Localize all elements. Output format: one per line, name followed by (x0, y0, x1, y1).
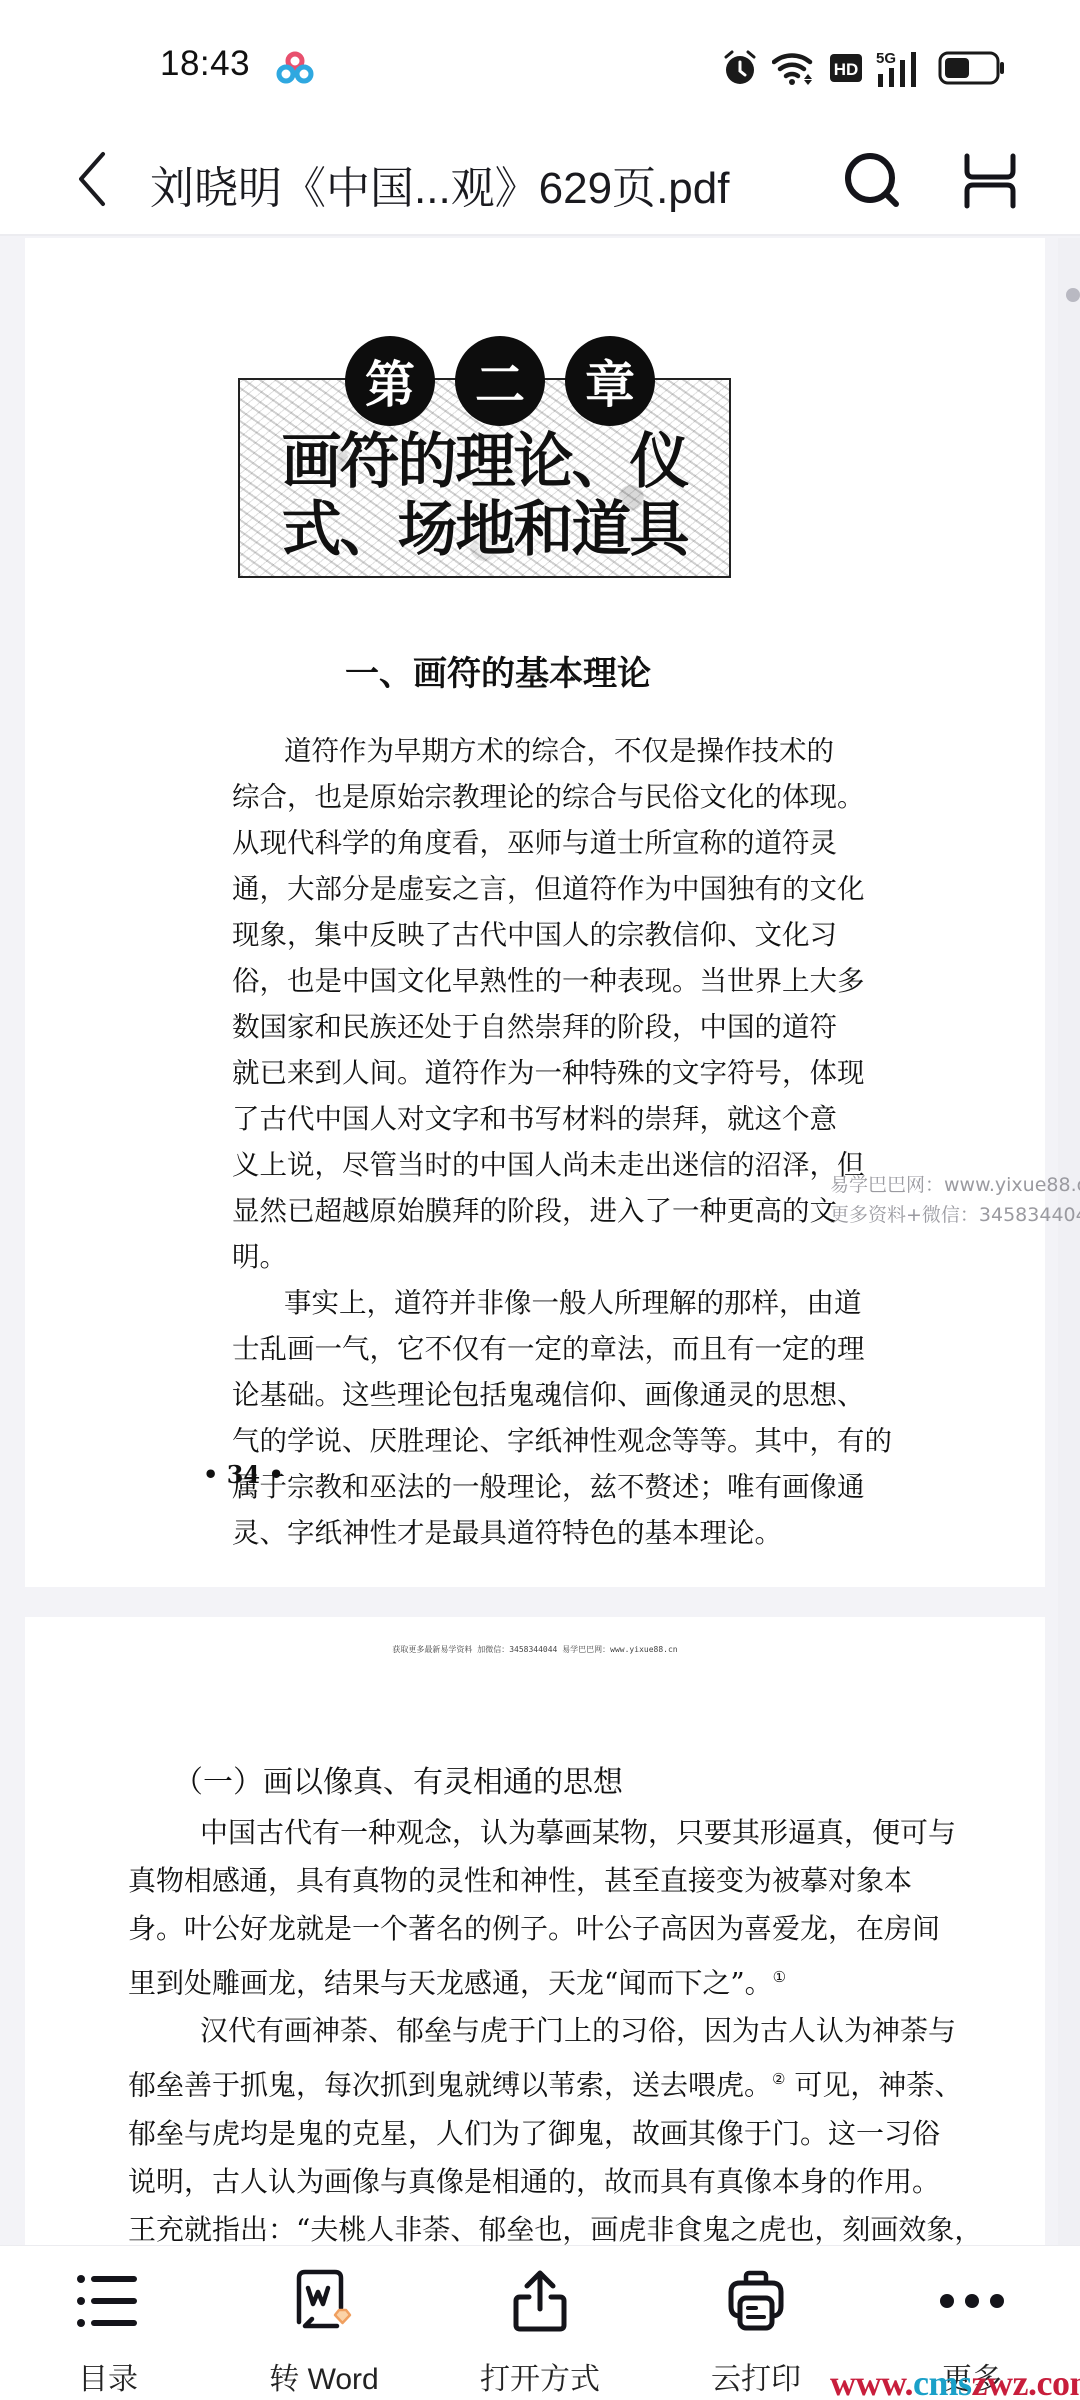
text-line: 就已来到人间。道符作为一种特殊的文字符号，体现 (232, 1050, 822, 1096)
toolbar-label: 目录 (78, 2354, 138, 2398)
svg-text:HD: HD (834, 60, 859, 79)
chapter-title-line: 式、场地和道具 (238, 496, 731, 564)
section-heading: 一、画符的基本理论 (345, 646, 651, 695)
document-title: 刘晓明《中国...观》629页.pdf (150, 152, 729, 216)
text-line: 中国古代有一种观念，认为摹画某物，只要其形逼真，便可与 (128, 1809, 908, 1857)
open-with-button[interactable]: 打开方式 (432, 2246, 648, 2400)
status-time: 18:43 (160, 44, 250, 84)
chapter-circle: 第 (345, 336, 435, 426)
status-icons: HD 5G (722, 48, 1006, 88)
text-line: 义上说，尽管当时的中国人尚未走出迷信的沼泽，但 (232, 1142, 822, 1188)
footnote-ref[interactable]: ② (772, 2070, 785, 2088)
text-span: 里到处雕画龙，结果与天龙感通，天龙“闻而下之”。 (128, 1966, 773, 1999)
battery-icon (938, 51, 1006, 85)
text-line: 郁垒善于抓鬼，每次抓到鬼就缚以苇索，送去喂虎。② 可见，神荼、 (128, 2055, 908, 2109)
body-text: 道符作为早期方术的综合，不仅是操作技术的 综合，也是原始宗教理论的综合与民俗文化… (232, 728, 822, 1556)
text-line: 事实上，道符并非像一般人所理解的那样，由道 (232, 1280, 822, 1326)
text-line: 说明，古人认为画像与真像是相通的，故而具有真像本身的作用。 (128, 2158, 908, 2206)
printer-icon (721, 2266, 791, 2336)
text-line: 现象，集中反映了古代中国人的宗教信仰、文化习 (232, 912, 822, 958)
page-number: • 34 • (203, 1460, 284, 1489)
body-text: 中国古代有一种观念，认为摹画某物，只要其形逼真，便可与 真物相感通，具有真物的灵… (128, 1809, 908, 2245)
watermark-part: www. (830, 2363, 913, 2400)
search-icon (843, 151, 903, 215)
text-line: 通，大部分是虚妄之言，但道符作为中国独有的文化 (232, 866, 822, 912)
share-open-icon (505, 2266, 575, 2336)
more-dots-icon (937, 2266, 1007, 2336)
status-bar: 18:43 HD 5G (0, 0, 1080, 130)
toolbar-label: 转 Word (269, 2354, 378, 2398)
text-line: 综合，也是原始宗教理论的综合与民俗文化的体现。 (232, 774, 822, 820)
alarm-icon (722, 49, 758, 87)
text-span: 可见，神荼、 (785, 2069, 962, 2102)
convert-word-icon (289, 2266, 359, 2336)
text-line: 数国家和民族还处于自然崇拜的阶段，中国的道符 (232, 1004, 822, 1050)
search-button[interactable] (838, 148, 908, 218)
text-line: 郁垒与虎均是鬼的克星，人们为了御鬼，故画其像于门。这一习俗 (128, 2110, 908, 2158)
text-line: 灵、字纸神性才是最具道符特色的基本理论。 (232, 1510, 822, 1556)
footnote-ref[interactable]: ① (773, 1968, 786, 1986)
page-layout-icon (963, 153, 1017, 213)
text-line: 身。叶公好龙就是一个著名的例子。叶公子高因为喜爱龙，在房间 (128, 1905, 908, 1953)
wifi-icon (772, 50, 816, 86)
text-line: 了古代中国人对文字和书写材料的崇拜，就这个意 (232, 1096, 822, 1142)
text-line: 俗，也是中国文化早熟性的一种表现。当世界上大多 (232, 958, 822, 1004)
back-button[interactable] (62, 146, 122, 216)
scrollbar-thumb[interactable] (1066, 288, 1080, 302)
text-line: 显然已超越原始膜拜的阶段，进入了一种更高的文 (232, 1188, 822, 1234)
watermark-line: 易学巴巴网：www.yixue88.cn (830, 1170, 1080, 1200)
scrollbar-track[interactable] (1058, 238, 1080, 2245)
pdf-viewer[interactable]: 第 二 章 画符的理论、仪 式、场地和道具 一、画符的基本理论 道符作为早期方术… (0, 238, 1080, 2245)
text-line: 道符作为早期方术的综合，不仅是操作技术的 (232, 728, 822, 774)
text-line: 论基础。这些理论包括鬼魂信仰、画像通灵的思想、 (232, 1372, 822, 1418)
side-watermark: 易学巴巴网：www.yixue88.cn 更多资料+微信：3458344044 (830, 1170, 1080, 1230)
app-header: 刘晓明《中国...观》629页.pdf (0, 130, 1080, 236)
text-line: 气的学说、厌胜理论、字纸神性观念等等。其中，有的 (232, 1418, 822, 1464)
watermark-part: .com (1028, 2363, 1080, 2400)
text-line: 士乱画一气，它不仅有一定的章法，而且有一定的理 (232, 1326, 822, 1372)
toc-button[interactable]: 目录 (0, 2246, 216, 2400)
text-line: 汉代有画神荼、郁垒与虎于门上的习俗，因为古人认为神荼与 (128, 2007, 908, 2055)
chapter-circle: 章 (565, 336, 655, 426)
chapter-label: 第 二 章 (345, 336, 655, 426)
watermark-part: cms (913, 2363, 971, 2400)
chapter-title-line: 画符的理论、仪 (238, 428, 731, 496)
text-line: 从现代科学的角度看，巫师与道士所宣称的道符灵 (232, 820, 822, 866)
watermark-part: zwz (972, 2363, 1028, 2400)
pdf-page-35: 获取更多最新易学资料 加微信：3458344044 易学巴巴网：www.yixu… (25, 1617, 1045, 2245)
subsection-heading: （一）画以像真、有灵相通的思想 (173, 1757, 623, 1801)
toolbar-label: 打开方式 (480, 2354, 600, 2398)
convert-word-button[interactable]: 转 Word (216, 2246, 432, 2400)
text-line: 属于宗教和巫法的一般理论，兹不赘述；唯有画像通 (232, 1464, 822, 1510)
hd-icon: HD (830, 54, 862, 82)
watermark-line: 更多资料+微信：3458344044 (830, 1200, 1080, 1230)
chevron-left-icon (77, 151, 107, 211)
5g-signal-icon: 5G (876, 48, 924, 88)
text-line: 里到处雕画龙，结果与天龙感通，天龙“闻而下之”。① (128, 1953, 908, 2007)
pdf-page-34: 第 二 章 画符的理论、仪 式、场地和道具 一、画符的基本理论 道符作为早期方术… (25, 238, 1045, 1587)
chapter-title: 画符的理论、仪 式、场地和道具 (238, 428, 731, 564)
page-layout-button[interactable] (955, 148, 1025, 218)
chapter-circle: 二 (455, 336, 545, 426)
page-top-watermark: 获取更多最新易学资料 加微信：3458344044 易学巴巴网：www.yixu… (25, 1644, 1045, 1655)
text-line: 明。 (232, 1234, 822, 1280)
svg-text:5G: 5G (876, 50, 896, 67)
text-line: 王充就指出：“夫桃人非荼、郁垒也，画虎非食鬼之虎也，刻画效象， (128, 2206, 908, 2245)
baidu-netdisk-icon (275, 48, 315, 88)
text-line: 真物相感通，具有真物的灵性和神性，甚至直接变为被摹对象本 (128, 1857, 908, 1905)
text-span: 郁垒善于抓鬼，每次抓到鬼就缚以苇索，送去喂虎。 (128, 2069, 772, 2102)
list-icon (73, 2266, 143, 2336)
toolbar-label: 云打印 (711, 2354, 801, 2398)
site-watermark: www.cmszwz.com (830, 2362, 1080, 2400)
